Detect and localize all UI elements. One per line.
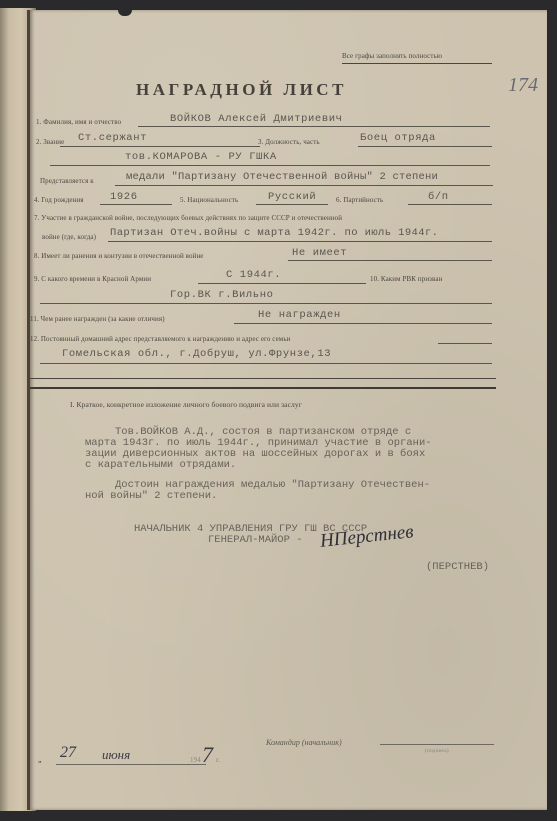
section-separator-top <box>30 378 496 379</box>
date-year-handwritten: 7 <box>202 742 213 768</box>
instruction-text: Все графы заполнять полностью <box>342 52 442 60</box>
war-participation-value: Партизан Отеч.войны с марта 1942г. по ию… <box>110 227 438 239</box>
nationality-underline <box>256 204 328 205</box>
signer-title-line-2: ГЕНЕРАЛ-МАЙОР - <box>208 535 303 547</box>
page-title: НАГРАДНОЙ ЛИСТ <box>136 80 347 100</box>
position-value: Боец отряда <box>360 132 436 144</box>
commander-label: Командир (начальник) <box>266 738 342 747</box>
award-underline <box>115 185 493 186</box>
date-underline <box>56 764 206 765</box>
address-label: 12. Постоянный домашний адрес представля… <box>30 335 290 343</box>
nationality-label: 5. Национальность <box>180 196 238 204</box>
position-cont-underline <box>50 165 490 166</box>
war-participation-underline <box>108 241 492 242</box>
conclusion-line-2: ной войны" 2 степени. <box>85 491 217 503</box>
party-label: 6. Партийность <box>336 196 383 204</box>
name-label: 1. Фамилия, имя и отчество <box>36 118 121 126</box>
position-underline <box>358 146 492 147</box>
red-army-value: С 1944г. <box>226 269 281 281</box>
award-value: медали "Партизану Отечественной войны" 2… <box>126 171 438 183</box>
position-label: 3. Должность, часть <box>258 138 320 146</box>
previous-awards-label: 11. Чем ранее награжден (за какие отличи… <box>30 315 165 323</box>
party-underline <box>408 204 492 205</box>
sheet-number: 174 <box>508 74 538 97</box>
war-participation-label-cont: войне (где, когда) <box>42 233 96 241</box>
award-sheet-page: Все графы заполнять полностью 174 НАГРАД… <box>30 10 547 810</box>
wounds-value: Не имеет <box>292 247 347 259</box>
name-underline <box>138 126 490 127</box>
date-year-suffix: г. <box>216 756 220 764</box>
date-month: июня <box>102 747 130 763</box>
award-label: Представляется к <box>40 177 94 185</box>
red-army-underline <box>198 283 366 284</box>
address-underline <box>40 363 492 364</box>
nationality-value: Русский <box>268 191 316 203</box>
wounds-label: 8. Имеет ли ранения и контузии в отечест… <box>34 252 204 260</box>
signer-name: (ПЕРСТНЕВ) <box>426 562 489 574</box>
name-value: ВОЙКОВ Алексей Дмитриевич <box>170 113 343 125</box>
wounds-underline <box>288 260 492 261</box>
date-year-prefix: 194 <box>190 756 201 764</box>
merit-paragraph-line-4: с карательными отрядами. <box>85 460 236 472</box>
date-day: 27 <box>60 744 76 762</box>
section-heading: I. Краткое, конкретное изложение личного… <box>70 400 302 409</box>
war-participation-label: 7. Участие в гражданской войне, последую… <box>34 214 342 222</box>
birth-year-value: 1926 <box>110 191 138 203</box>
birth-year-label: 4. Год рождения <box>34 196 84 204</box>
rank-underline <box>60 146 260 147</box>
rvk-value: Гор.ВК г.Вильно <box>170 289 274 301</box>
previous-awards-value: Не награжден <box>258 309 341 321</box>
party-value: б/п <box>428 191 449 203</box>
commander-signature-line <box>380 744 494 745</box>
section-separator <box>30 387 496 389</box>
rvk-label: 10. Каким РВК призван <box>370 275 442 283</box>
birth-year-underline <box>100 204 172 205</box>
red-army-label: 9. С какого времени в Красной Армии <box>34 275 151 283</box>
instruction-underline <box>342 63 492 64</box>
rank-label: 2. Звание <box>36 138 64 146</box>
address-label-underline <box>438 343 492 344</box>
address-value: Гомельская обл., г.Добруш, ул.Фрунзе,13 <box>62 348 331 360</box>
previous-awards-underline <box>234 323 492 324</box>
signature-subscript: (подпись) <box>425 748 449 754</box>
rvk-underline <box>40 303 492 304</box>
position-value-cont: тов.КОМАРОВА - РУ ГШКА <box>125 151 277 163</box>
rank-value: Ст.сержант <box>78 132 147 144</box>
